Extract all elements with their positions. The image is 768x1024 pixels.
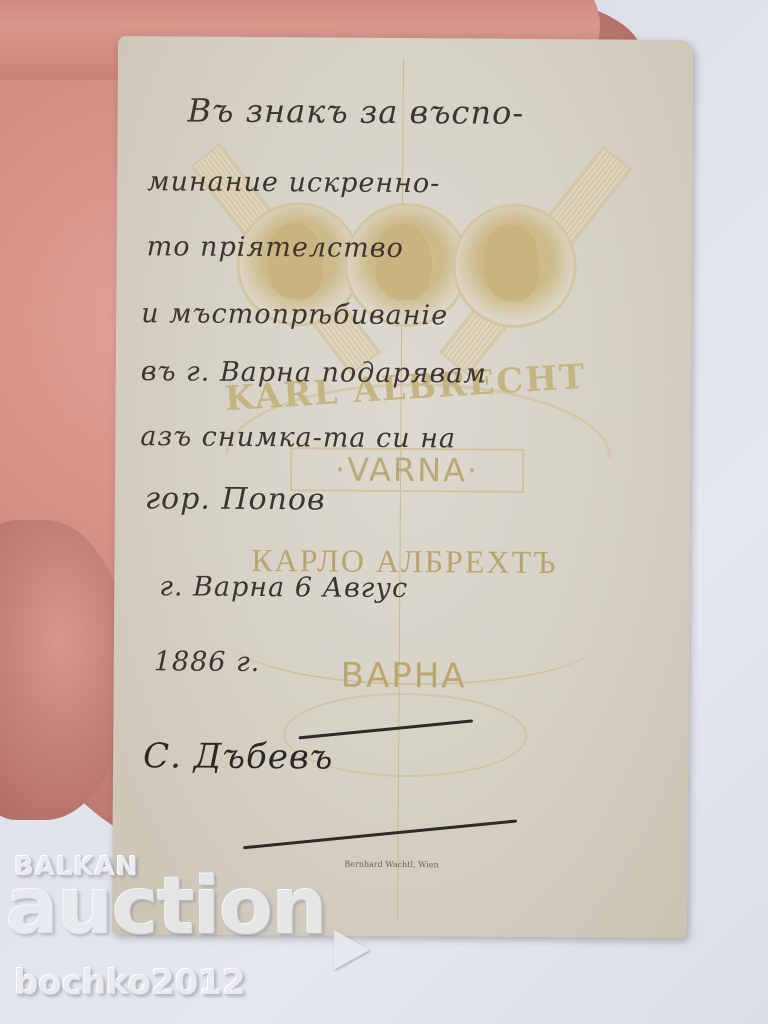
handwriting-line-3: то пріятелство xyxy=(147,231,404,264)
watermark-auction: auction xyxy=(6,862,327,952)
signature: С. Дъбевъ xyxy=(143,736,334,777)
handwriting-line-5: въ г. Варна подарявам xyxy=(141,356,487,389)
publisher-imprint: Bernhard Wachtl, Wien xyxy=(344,860,438,870)
city-name-cyrillic: ВАРНА xyxy=(329,655,479,696)
handwriting-line-9: 1886 г. xyxy=(154,646,261,678)
play-triangle-icon xyxy=(334,930,370,970)
handwriting-line-7: гор. Попов xyxy=(145,481,326,517)
handwriting-line-1: Въ знакъ за въспо- xyxy=(187,91,524,131)
handwriting-line-2: минание искренно- xyxy=(147,166,440,199)
ink-underline-2 xyxy=(243,819,517,849)
photo-card-back: KARL ALBRECHT ·VARNA· КАРЛО АЛБРЕХТЪ ВАР… xyxy=(112,36,693,938)
handwriting-line-8: г. Варна 6 Авгус xyxy=(159,571,408,604)
handwriting-line-6: азъ снимка-та си на xyxy=(140,421,456,454)
handwriting-line-4: и мъстопрѣбиванiе xyxy=(141,298,448,331)
medallion-portrait-right xyxy=(452,203,577,328)
watermark-username: bochko2012 xyxy=(14,963,246,1003)
